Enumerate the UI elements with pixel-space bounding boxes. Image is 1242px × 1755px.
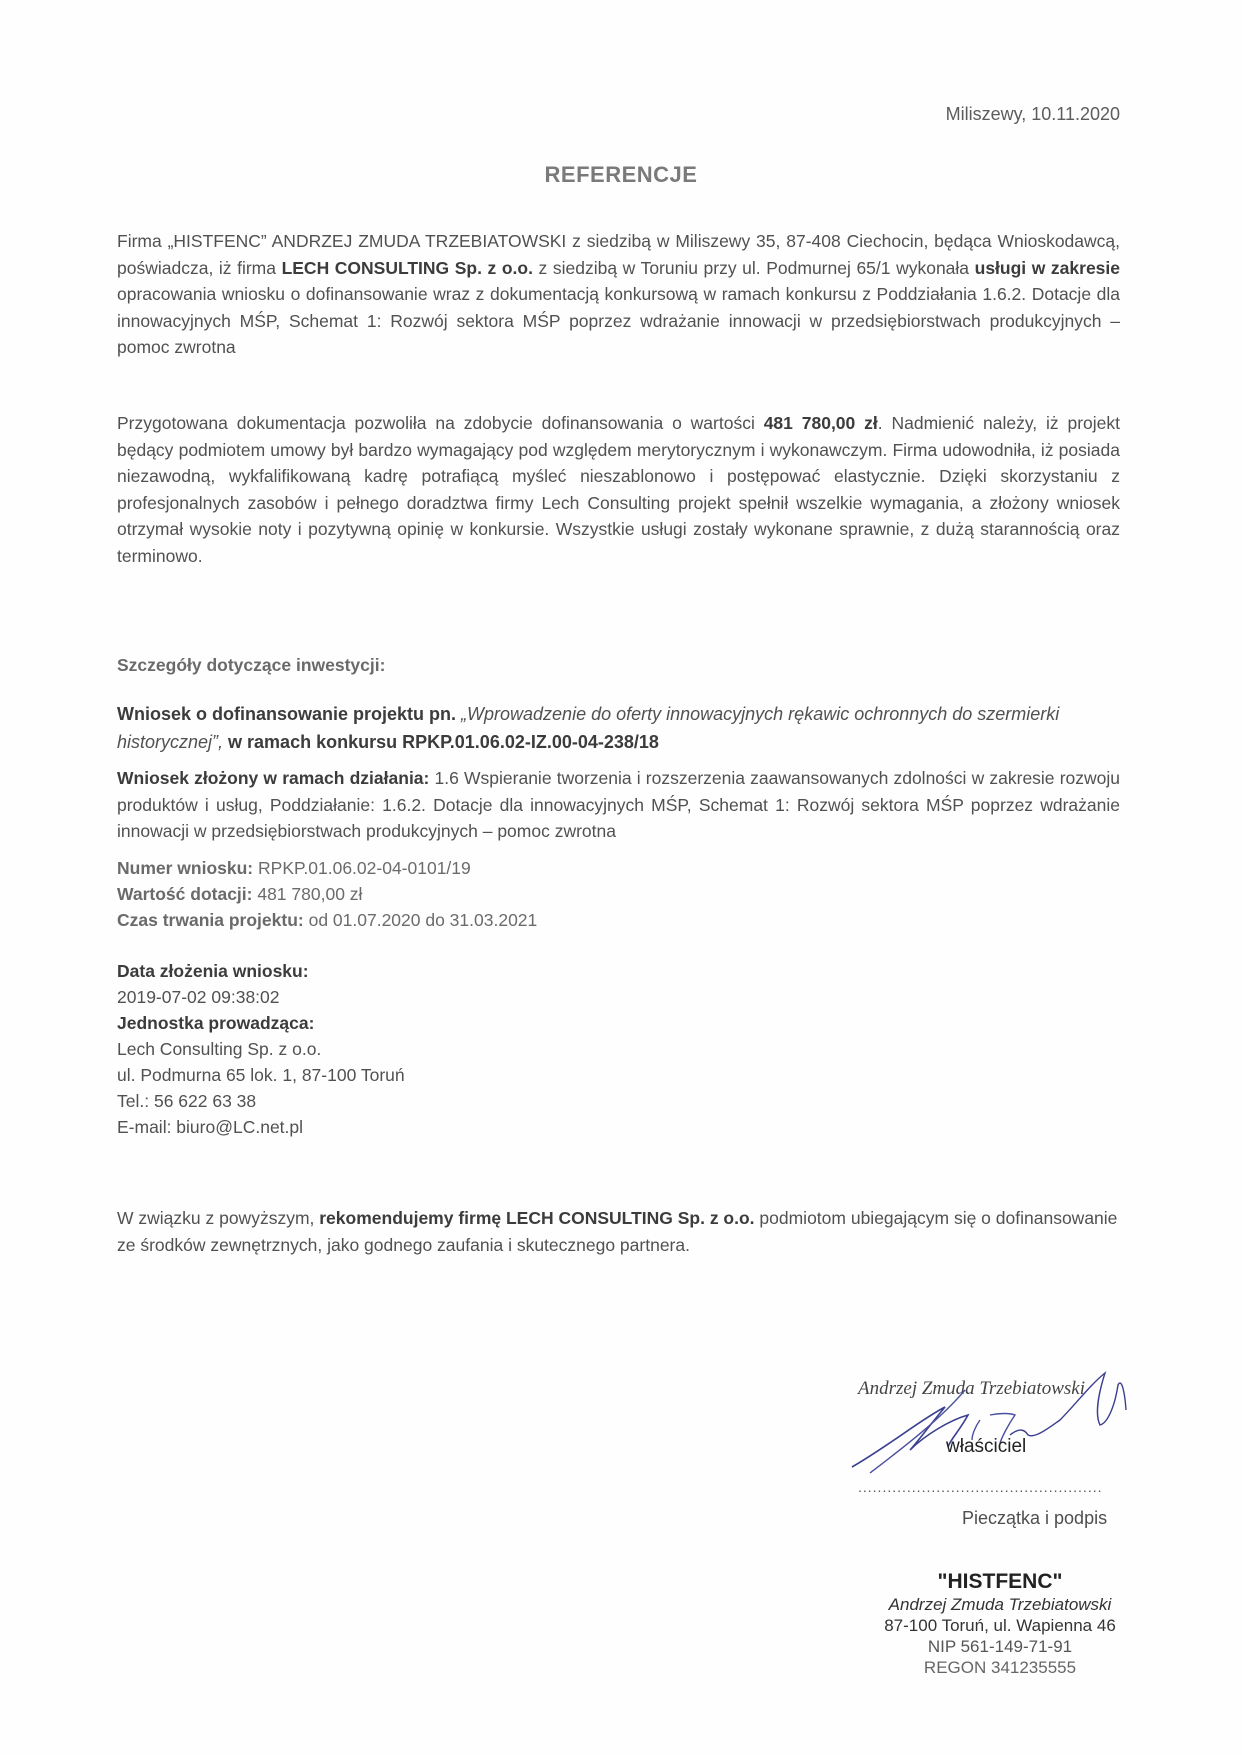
unit-address: ul. Podmurna 65 lok. 1, 87-100 Toruń xyxy=(117,1062,1120,1089)
submission-date-value: 2019-07-02 09:38:02 xyxy=(117,984,1120,1011)
services-phrase: usługi w zakresie xyxy=(975,258,1120,278)
company-name: LECH CONSULTING Sp. z o.o. xyxy=(282,258,533,278)
action-label: Wniosek złożony w ramach działania: xyxy=(117,768,429,788)
signatory-role: właściciel xyxy=(946,1436,1026,1458)
unit-label: Jednostka prowadząca: xyxy=(117,1010,1120,1037)
result-paragraph: Przygotowana dokumentacja pozwoliła na z… xyxy=(117,410,1120,569)
duration-label: Czas trwania projektu: xyxy=(117,910,304,930)
submission-date-label: Data złożenia wniosku: xyxy=(117,958,1120,985)
contest-number: w ramach konkursu RPKP.01.06.02-IZ.00-04… xyxy=(223,732,659,752)
handwritten-signature-icon xyxy=(850,1365,1150,1475)
project-info: Wniosek o dofinansowanie projektu pn. „W… xyxy=(117,700,1120,756)
stamp-address: 87-100 Toruń, ul. Wapienna 46 xyxy=(862,1615,1138,1636)
project-duration: Czas trwania projektu: od 01.07.2020 do … xyxy=(117,907,1120,934)
action-info: Wniosek złożony w ramach działania: 1.6 … xyxy=(117,765,1120,845)
result-text-2: . Nadmienić należy, iż projekt będący po… xyxy=(117,413,1120,566)
recommendation-paragraph: W związku z powyższym, rekomendujemy fir… xyxy=(117,1205,1120,1258)
grant-label: Wartość dotacji: xyxy=(117,884,252,904)
recommendation-text-1: W związku z powyższym, xyxy=(117,1208,319,1228)
stamp-owner: Andrzej Zmuda Trzebiatowski xyxy=(862,1595,1138,1615)
stamp-company: "HISTFENC" xyxy=(862,1569,1138,1595)
application-number: Numer wniosku: RPKP.01.06.02-04-0101/19 xyxy=(117,855,1120,882)
duration-value: od 01.07.2020 do 31.03.2021 xyxy=(304,910,538,930)
result-text-1: Przygotowana dokumentacja pozwoliła na z… xyxy=(117,413,764,433)
recommendation-bold: rekomendujemy firmę LECH CONSULTING Sp. … xyxy=(319,1208,754,1228)
number-label: Numer wniosku: xyxy=(117,858,253,878)
document-page: Miliszewy, 10.11.2020 REFERENCJE Firma „… xyxy=(0,0,1242,1755)
intro-text-3: opracowania wniosku o dofinansowanie wra… xyxy=(117,284,1120,357)
project-label: Wniosek o dofinansowanie projektu pn. xyxy=(117,704,461,724)
company-stamp: "HISTFENC" Andrzej Zmuda Trzebiatowski 8… xyxy=(862,1569,1138,1678)
unit-phone: Tel.: 56 622 63 38 xyxy=(117,1088,1120,1115)
intro-text-2: z siedzibą w Toruniu przy ul. Podmurnej … xyxy=(533,258,975,278)
place-date: Miliszewy, 10.11.2020 xyxy=(946,104,1120,125)
grant-amount: 481 780,00 zł xyxy=(764,413,878,433)
details-heading: Szczegóły dotyczące inwestycji: xyxy=(117,652,1120,679)
unit-name: Lech Consulting Sp. z o.o. xyxy=(117,1036,1120,1063)
document-title: REFERENCJE xyxy=(0,162,1242,188)
grant-value-text: 481 780,00 zł xyxy=(252,884,362,904)
number-value: RPKP.01.06.02-04-0101/19 xyxy=(253,858,471,878)
intro-paragraph: Firma „HISTFENC” ANDRZEJ ZMUDA TRZEBIATO… xyxy=(117,228,1120,361)
grant-value: Wartość dotacji: 481 780,00 zł xyxy=(117,881,1120,908)
stamp-regon: REGON 341235555 xyxy=(862,1657,1138,1678)
signature-line: ........................................… xyxy=(858,1479,1102,1495)
signature-caption: Pieczątka i podpis xyxy=(962,1508,1107,1529)
stamp-nip: NIP 561-149-71-91 xyxy=(862,1636,1138,1657)
unit-email: E-mail: biuro@LC.net.pl xyxy=(117,1114,1120,1141)
